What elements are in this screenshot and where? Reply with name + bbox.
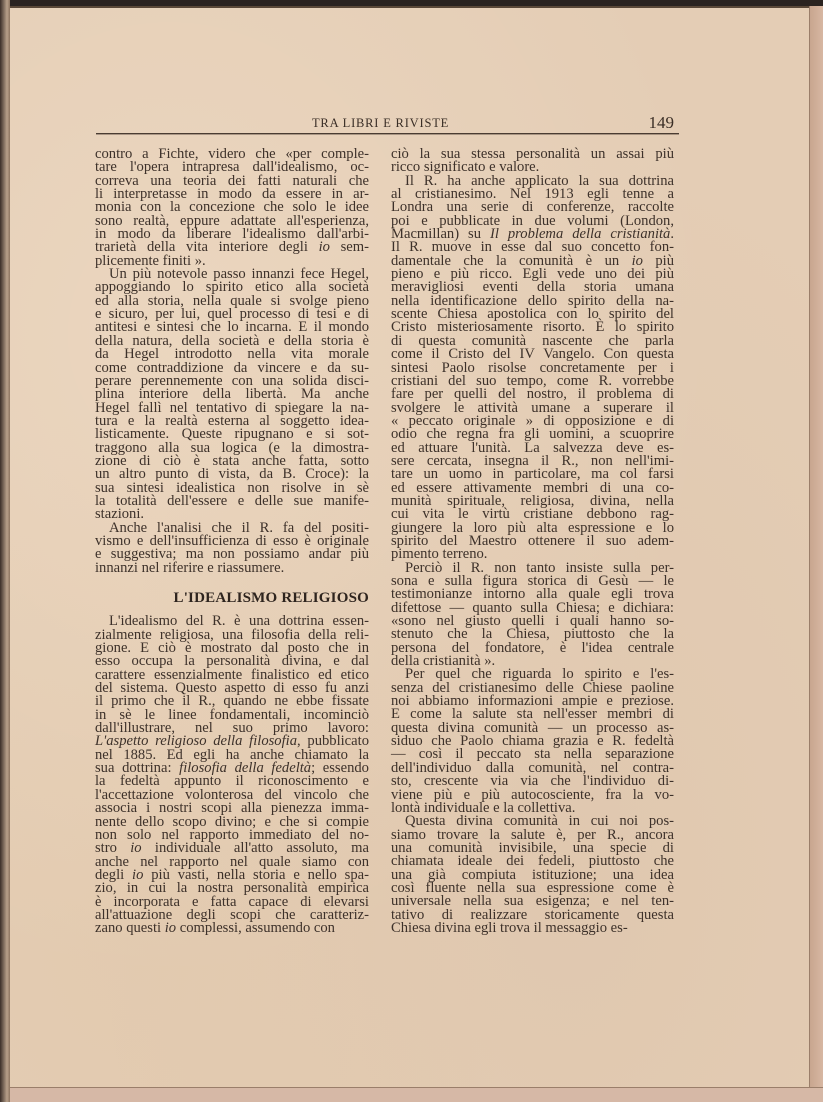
right-column: ciò la sua stessa personalità un assai p… — [391, 148, 674, 935]
paragraph: Un più notevole passo innanzi fece Hegel… — [95, 268, 369, 522]
text-line: innanzi nel riferire e riassumere. — [95, 562, 369, 575]
page-header: TRA LIBRI E RIVISTE 149 — [96, 116, 674, 134]
paragraph: contro a Fichte, videro che «per comple-… — [95, 148, 369, 268]
paragraph: Per quel che riguarda lo spirito e l'es-… — [391, 668, 674, 815]
text-line: Chiesa divina egli trova il messaggio es… — [391, 922, 674, 935]
book-spine-edge — [0, 0, 10, 1102]
page-number: 149 — [649, 113, 675, 133]
paragraph: L'idealismo del R. è una dottrina essen-… — [95, 615, 369, 935]
paragraph: Il R. ha anche applicato la sua dottrina… — [391, 175, 674, 562]
header-rule — [96, 133, 679, 134]
page-right-edge — [809, 6, 823, 1096]
running-title: TRA LIBRI E RIVISTE — [312, 116, 449, 131]
left-column: contro a Fichte, videro che «per comple-… — [95, 148, 369, 936]
paragraph: ciò la sua stessa personalità un assai p… — [391, 148, 674, 175]
section-heading: L'IDEALISMO RELIGIOSO — [95, 592, 369, 605]
page-bottom-edge — [10, 1087, 823, 1102]
paragraph: Questa divina comunità in cui noi pos-si… — [391, 815, 674, 935]
paragraph: Anche l'analisi che il R. fa del positi-… — [95, 522, 369, 575]
paragraph: Perciò il R. non tanto insiste sulla per… — [391, 562, 674, 669]
text-line: zano questi io complessi, assumendo con — [95, 922, 369, 935]
